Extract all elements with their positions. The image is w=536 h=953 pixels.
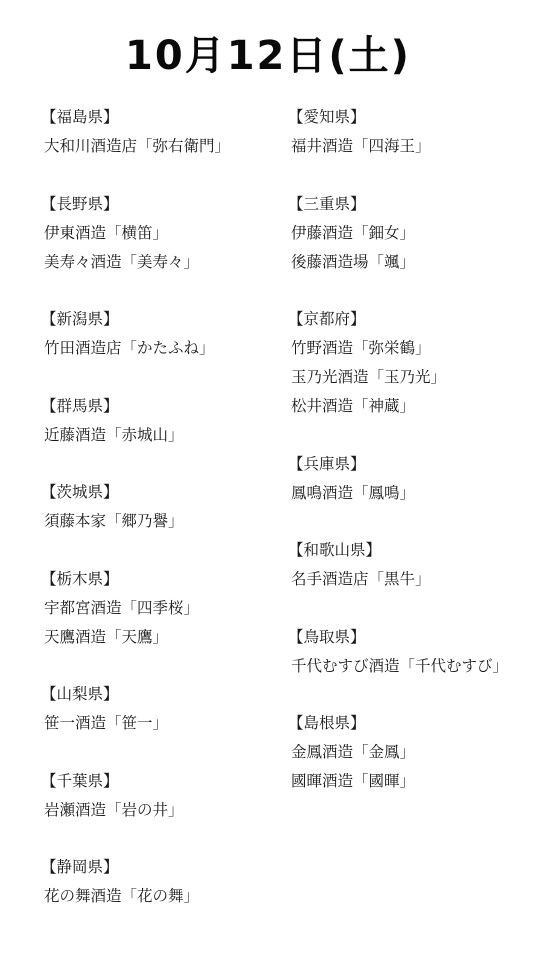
prefecture-group-ibaraki: 【茨城県】 須藤本家「郷乃譽」 — [44, 478, 230, 536]
brewery-item: 松井酒造「神蔵」 — [291, 392, 508, 421]
brewery-item: 宇都宮酒造「四季桜」 — [44, 594, 230, 623]
prefecture-group-wakayama: 【和歌山県】 名手酒造店「黒牛」 — [291, 536, 508, 594]
brewery-item: 鳳鳴酒造「鳳鳴」 — [291, 479, 508, 508]
brewery-item: 美寿々酒造「美寿々」 — [44, 248, 230, 277]
brewery-item: 千代むすび酒造「千代むすび」 — [291, 652, 508, 681]
right-column: 【愛知県】 福井酒造「四海王」 【三重県】 伊藤酒造「鈿女」 後藤酒造場「颯」 … — [291, 103, 508, 825]
prefecture-heading: 【群馬県】 — [41, 392, 230, 421]
prefecture-heading: 【兵庫県】 — [288, 450, 508, 479]
prefecture-group-tottori: 【鳥取県】 千代むすび酒造「千代むすび」 — [291, 623, 508, 681]
prefecture-heading: 【愛知県】 — [288, 103, 508, 132]
prefecture-heading: 【栃木県】 — [41, 565, 230, 594]
brewery-item: 須藤本家「郷乃譽」 — [44, 507, 230, 536]
brewery-item: 竹野酒造「弥栄鶴」 — [291, 334, 508, 363]
prefecture-group-tochigi: 【栃木県】 宇都宮酒造「四季桜」 天鷹酒造「天鷹」 — [44, 565, 230, 652]
prefecture-heading: 【島根県】 — [288, 709, 508, 738]
prefecture-heading: 【三重県】 — [288, 190, 508, 219]
brewery-item: 金鳳酒造「金鳳」 — [291, 738, 508, 767]
prefecture-group-yamanashi: 【山梨県】 笹一酒造「笹一」 — [44, 680, 230, 738]
prefecture-group-chiba: 【千葉県】 岩瀬酒造「岩の井」 — [44, 767, 230, 825]
prefecture-heading: 【山梨県】 — [41, 680, 230, 709]
brewery-item: 名手酒造店「黒牛」 — [291, 565, 508, 594]
brewery-item: 大和川酒造店「弥右衛門」 — [44, 132, 230, 161]
prefecture-heading: 【長野県】 — [41, 190, 230, 219]
brewery-item: 花の舞酒造「花の舞」 — [44, 882, 230, 911]
prefecture-group-niigata: 【新潟県】 竹田酒造店「かたふね」 — [44, 305, 230, 363]
prefecture-group-kyoto: 【京都府】 竹野酒造「弥栄鶴」 玉乃光酒造「玉乃光」 松井酒造「神蔵」 — [291, 305, 508, 421]
brewery-item: 國暉酒造「國暉」 — [291, 767, 508, 796]
prefecture-heading: 【京都府】 — [288, 305, 508, 334]
prefecture-heading: 【和歌山県】 — [288, 536, 508, 565]
prefecture-heading: 【新潟県】 — [41, 305, 230, 334]
brewery-item: 後藤酒造場「颯」 — [291, 248, 508, 277]
prefecture-heading: 【千葉県】 — [41, 767, 230, 796]
prefecture-group-fukushima: 【福島県】 大和川酒造店「弥右衛門」 — [44, 103, 230, 161]
prefecture-group-shimane: 【島根県】 金鳳酒造「金鳳」 國暉酒造「國暉」 — [291, 709, 508, 796]
brewery-item: 近藤酒造「赤城山」 — [44, 421, 230, 450]
brewery-item: 竹田酒造店「かたふね」 — [44, 334, 230, 363]
brewery-item: 玉乃光酒造「玉乃光」 — [291, 363, 508, 392]
brewery-item: 伊藤酒造「鈿女」 — [291, 219, 508, 248]
brewery-item: 笹一酒造「笹一」 — [44, 709, 230, 738]
brewery-item: 伊東酒造「横笛」 — [44, 219, 230, 248]
prefecture-heading: 【鳥取県】 — [288, 623, 508, 652]
prefecture-group-hyogo: 【兵庫県】 鳳鳴酒造「鳳鳴」 — [291, 450, 508, 508]
prefecture-group-aichi: 【愛知県】 福井酒造「四海王」 — [291, 103, 508, 161]
brewery-item: 福井酒造「四海王」 — [291, 132, 508, 161]
brewery-item: 岩瀬酒造「岩の井」 — [44, 796, 230, 825]
prefecture-group-gunma: 【群馬県】 近藤酒造「赤城山」 — [44, 392, 230, 450]
prefecture-heading: 【静岡県】 — [41, 853, 230, 882]
page-title: 10月12日(土) — [0, 28, 536, 84]
left-column: 【福島県】 大和川酒造店「弥右衛門」 【長野県】 伊東酒造「横笛」 美寿々酒造「… — [44, 103, 230, 940]
prefecture-group-nagano: 【長野県】 伊東酒造「横笛」 美寿々酒造「美寿々」 — [44, 190, 230, 277]
prefecture-group-shizuoka: 【静岡県】 花の舞酒造「花の舞」 — [44, 853, 230, 911]
prefecture-group-mie: 【三重県】 伊藤酒造「鈿女」 後藤酒造場「颯」 — [291, 190, 508, 277]
brewery-item: 天鷹酒造「天鷹」 — [44, 623, 230, 652]
prefecture-heading: 【福島県】 — [41, 103, 230, 132]
prefecture-heading: 【茨城県】 — [41, 478, 230, 507]
